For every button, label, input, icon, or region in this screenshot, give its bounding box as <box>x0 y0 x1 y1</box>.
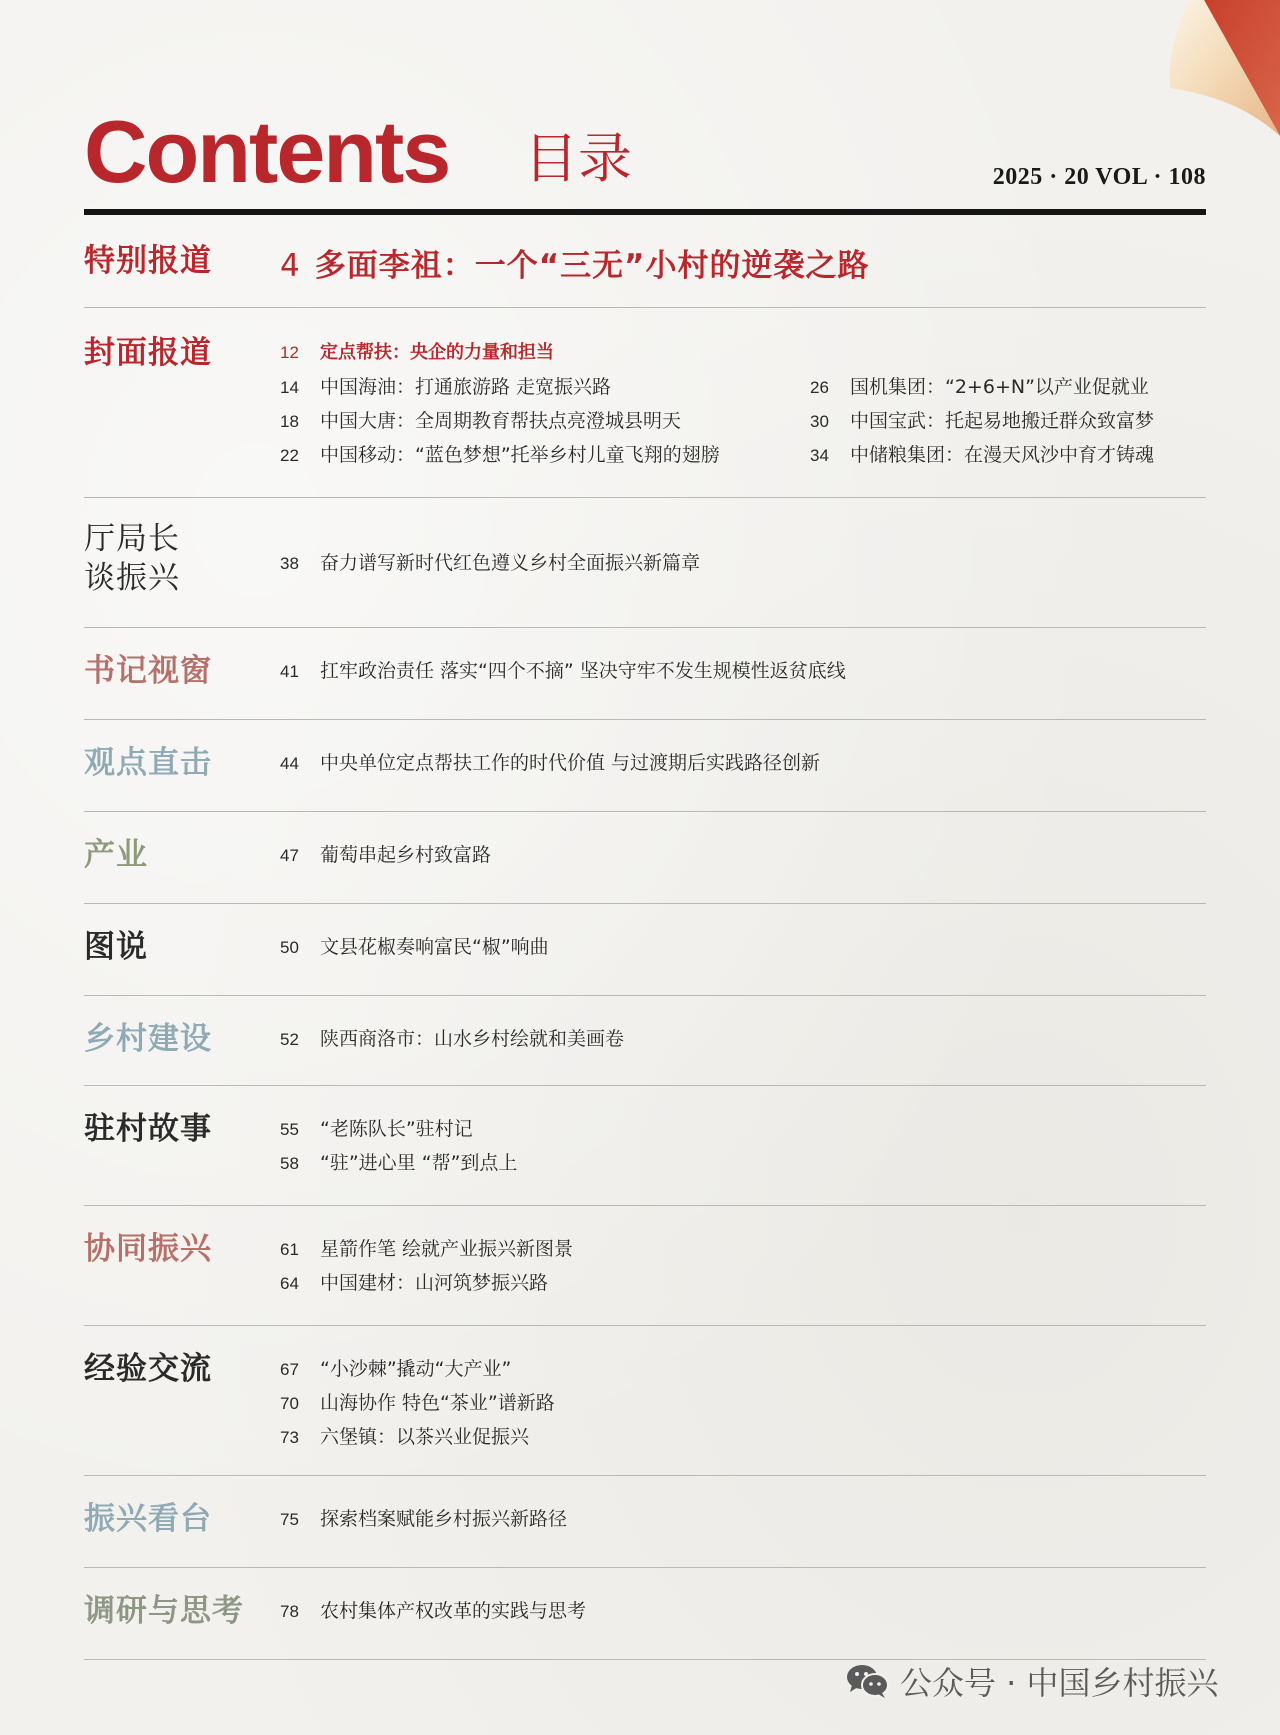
entry-title: “老陈队长”驻村记 <box>320 1114 473 1141</box>
section-entries: 61星箭作笔 绘就产业振兴新图景 64中国建材：山河筑梦振兴路 <box>280 1234 573 1302</box>
toc-entry[interactable]: 26国机集团：“2+6+N”以产业促就业 <box>810 372 1154 406</box>
cover-entries-right: 26国机集团：“2+6+N”以产业促就业 30中国宝武：托起易地搬迁群众致富梦 … <box>810 372 1154 474</box>
page-number: 30 <box>810 412 850 432</box>
page-number: 50 <box>280 938 320 958</box>
page-number: 41 <box>280 662 320 682</box>
section-entries: 41扛牢政治责任 落实“四个不摘” 坚决守牢不发生规模性返贫底线 <box>280 656 846 690</box>
section-label: 调研与思考 <box>84 1592 244 1631</box>
toc-entry[interactable]: 67“小沙棘”撬动“大产业” <box>280 1354 555 1388</box>
page-number: 58 <box>280 1154 320 1174</box>
section-special-report: 特别报道 4多面李祖：一个“三无”小村的逆袭之路 <box>84 238 1206 308</box>
toc-entry[interactable]: 55“老陈队长”驻村记 <box>280 1114 517 1148</box>
section-label-line2: 谈振兴 <box>84 559 180 598</box>
section-label: 厅局长 谈振兴 <box>84 520 180 598</box>
page-number: 55 <box>280 1120 320 1140</box>
page-header: Contents 目录 2025 · 20 VOL · 108 <box>84 108 1206 218</box>
toc-entry[interactable]: 78农村集体产权改革的实践与思考 <box>280 1596 586 1630</box>
entry-title: 奋力谱写新时代红色遵义乡村全面振兴新篇章 <box>320 548 700 575</box>
page-number: 78 <box>280 1602 320 1622</box>
section-label: 驻村故事 <box>84 1110 212 1149</box>
entry-title: 中储粮集团：在漫天风沙中育才铸魂 <box>850 440 1154 467</box>
page-number: 34 <box>810 446 850 466</box>
section-label: 书记视窗 <box>84 652 212 691</box>
toc-entry[interactable]: 41扛牢政治责任 落实“四个不摘” 坚决守牢不发生规模性返贫底线 <box>280 656 846 690</box>
section-experience-exchange: 经验交流 67“小沙棘”撬动“大产业” 70山海协作 特色“茶业”谱新路 73六… <box>84 1326 1206 1476</box>
entry-title: 探索档案赋能乡村振兴新路径 <box>320 1504 567 1531</box>
entry-title: 葡萄串起乡村致富路 <box>320 840 491 867</box>
entry-title: 国机集团：“2+6+N”以产业促就业 <box>850 372 1149 399</box>
section-photo-story: 图说 50文县花椒奏响富民“椒”响曲 <box>84 904 1206 996</box>
entry-title: 农村集体产权改革的实践与思考 <box>320 1596 586 1623</box>
watermark-text: 公众号 · 中国乡村振兴 <box>900 1658 1219 1704</box>
toc-entry[interactable]: 18中国大唐：全周期教育帮扶点亮澄城县明天 <box>280 406 720 440</box>
section-revitalization-stand: 振兴看台 75探索档案赋能乡村振兴新路径 <box>84 1476 1206 1568</box>
page-number: 47 <box>280 846 320 866</box>
section-entries: 67“小沙棘”撬动“大产业” 70山海协作 特色“茶业”谱新路 73六堡镇：以茶… <box>280 1354 555 1456</box>
toc-entry[interactable]: 47葡萄串起乡村致富路 <box>280 840 491 874</box>
toc-entry[interactable]: 61星箭作笔 绘就产业振兴新图景 <box>280 1234 573 1268</box>
section-entries: 50文县花椒奏响富民“椒”响曲 <box>280 932 549 966</box>
page-number: 18 <box>280 412 320 432</box>
toc-entry[interactable]: 52陕西商洛市：山水乡村绘就和美画卷 <box>280 1024 624 1058</box>
toc-entry[interactable]: 70山海协作 特色“茶业”谱新路 <box>280 1388 555 1422</box>
section-entries: 75探索档案赋能乡村振兴新路径 <box>280 1504 567 1538</box>
page-number: 73 <box>280 1428 320 1448</box>
entry-title: 中国海油：打通旅游路 走宽振兴路 <box>320 372 611 399</box>
page-number: 14 <box>280 378 320 398</box>
section-label-line1: 厅局长 <box>84 520 180 559</box>
header-divider <box>84 209 1206 215</box>
toc-entry[interactable]: 30中国宝武：托起易地搬迁群众致富梦 <box>810 406 1154 440</box>
section-secretary-window: 书记视窗 41扛牢政治责任 落实“四个不摘” 坚决守牢不发生规模性返贫底线 <box>84 628 1206 720</box>
section-cover-story: 封面报道 12定点帮扶：央企的力量和担当 14中国海油：打通旅游路 走宽振兴路 … <box>84 308 1206 498</box>
entry-title: 定点帮扶：央企的力量和担当 <box>320 338 554 364</box>
wechat-watermark: 公众号 · 中国乡村振兴 <box>846 1658 1219 1704</box>
entry-title: 六堡镇：以茶兴业促振兴 <box>320 1422 529 1449</box>
section-director-talk: 厅局长 谈振兴 38奋力谱写新时代红色遵义乡村全面振兴新篇章 <box>84 498 1206 628</box>
section-research-reflection: 调研与思考 78农村集体产权改革的实践与思考 <box>84 1568 1206 1660</box>
page-number: 4 <box>280 248 301 284</box>
section-label: 经验交流 <box>84 1350 212 1389</box>
cover-entries-left: 12定点帮扶：央企的力量和担当 14中国海油：打通旅游路 走宽振兴路 18中国大… <box>280 338 720 474</box>
page-number: 12 <box>280 343 320 363</box>
toc-entry[interactable]: 22中国移动：“蓝色梦想”托举乡村儿童飞翔的翅膀 <box>280 440 720 474</box>
entry-title: 扛牢政治责任 落实“四个不摘” 坚决守牢不发生规模性返贫底线 <box>320 656 846 683</box>
section-entries: 55“老陈队长”驻村记 58“驻”进心里 “帮”到点上 <box>280 1114 517 1182</box>
section-collaborative-revitalization: 协同振兴 61星箭作笔 绘就产业振兴新图景 64中国建材：山河筑梦振兴路 <box>84 1206 1206 1326</box>
section-label: 图说 <box>84 928 148 967</box>
page-number: 44 <box>280 754 320 774</box>
page-number: 22 <box>280 446 320 466</box>
section-label: 封面报道 <box>84 334 212 373</box>
entry-title: 中国宝武：托起易地搬迁群众致富梦 <box>850 406 1154 433</box>
contents-title: Contents <box>84 108 449 196</box>
page-number: 70 <box>280 1394 320 1414</box>
section-label: 振兴看台 <box>84 1500 212 1539</box>
page-number: 38 <box>280 554 320 574</box>
entry-title: 中国大唐：全周期教育帮扶点亮澄城县明天 <box>320 406 681 433</box>
entry-title: 陕西商洛市：山水乡村绘就和美画卷 <box>320 1024 624 1051</box>
section-label: 乡村建设 <box>84 1020 212 1059</box>
section-entries: 38奋力谱写新时代红色遵义乡村全面振兴新篇章 <box>280 548 700 582</box>
section-label: 观点直击 <box>84 744 212 783</box>
section-entries: 47葡萄串起乡村致富路 <box>280 840 491 874</box>
page-number: 64 <box>280 1274 320 1294</box>
toc-entry[interactable]: 50文县花椒奏响富民“椒”响曲 <box>280 932 549 966</box>
toc-entry[interactable]: 75探索档案赋能乡村振兴新路径 <box>280 1504 567 1538</box>
toc-entry[interactable]: 14中国海油：打通旅游路 走宽振兴路 <box>280 372 720 406</box>
entry-title: 多面李祖：一个“三无”小村的逆袭之路 <box>315 248 870 284</box>
section-label: 特别报道 <box>84 242 212 281</box>
issue-number: 2025 · 20 VOL · 108 <box>993 164 1206 191</box>
page-number: 52 <box>280 1030 320 1050</box>
page-number: 75 <box>280 1510 320 1530</box>
toc-entry[interactable]: 44中央单位定点帮扶工作的时代价值 与过渡期后实践路径创新 <box>280 748 820 782</box>
entry-title: 山海协作 特色“茶业”谱新路 <box>320 1388 555 1415</box>
entry-title: 中国建材：山河筑梦振兴路 <box>320 1268 548 1295</box>
toc-entry[interactable]: 34中储粮集团：在漫天风沙中育才铸魂 <box>810 440 1154 474</box>
entry-title: 中国移动：“蓝色梦想”托举乡村儿童飞翔的翅膀 <box>320 440 720 467</box>
section-entries: 78农村集体产权改革的实践与思考 <box>280 1596 586 1630</box>
toc-entry[interactable]: 12定点帮扶：央企的力量和担当 <box>280 338 720 372</box>
toc-entry[interactable]: 64中国建材：山河筑梦振兴路 <box>280 1268 573 1302</box>
section-label: 协同振兴 <box>84 1230 212 1269</box>
page-number: 61 <box>280 1240 320 1260</box>
page-number: 67 <box>280 1360 320 1380</box>
section-village-stories: 驻村故事 55“老陈队长”驻村记 58“驻”进心里 “帮”到点上 <box>84 1086 1206 1206</box>
toc-entry[interactable]: 73六堡镇：以茶兴业促振兴 <box>280 1422 555 1456</box>
section-industry: 产业 47葡萄串起乡村致富路 <box>84 812 1206 904</box>
entry-title: 中央单位定点帮扶工作的时代价值 与过渡期后实践路径创新 <box>320 748 820 775</box>
entry-title: “小沙棘”撬动“大产业” <box>320 1354 511 1381</box>
section-entries: 44中央单位定点帮扶工作的时代价值 与过渡期后实践路径创新 <box>280 748 820 782</box>
section-entries: 52陕西商洛市：山水乡村绘就和美画卷 <box>280 1024 624 1058</box>
section-rural-construction: 乡村建设 52陕西商洛市：山水乡村绘就和美画卷 <box>84 996 1206 1086</box>
entry-title: “驻”进心里 “帮”到点上 <box>320 1148 517 1175</box>
entry-title: 文县花椒奏响富民“椒”响曲 <box>320 932 549 959</box>
toc-entry[interactable]: 58“驻”进心里 “帮”到点上 <box>280 1148 517 1182</box>
entry-title: 星箭作笔 绘就产业振兴新图景 <box>320 1234 573 1261</box>
wechat-icon <box>846 1663 890 1699</box>
toc-entry[interactable]: 38奋力谱写新时代红色遵义乡村全面振兴新篇章 <box>280 548 700 582</box>
section-label: 产业 <box>84 836 148 875</box>
page-number: 26 <box>810 378 850 398</box>
feature-entry[interactable]: 4多面李祖：一个“三无”小村的逆袭之路 <box>280 240 869 285</box>
contents-title-cn: 目录 <box>524 132 632 186</box>
section-viewpoint: 观点直击 44中央单位定点帮扶工作的时代价值 与过渡期后实践路径创新 <box>84 720 1206 812</box>
